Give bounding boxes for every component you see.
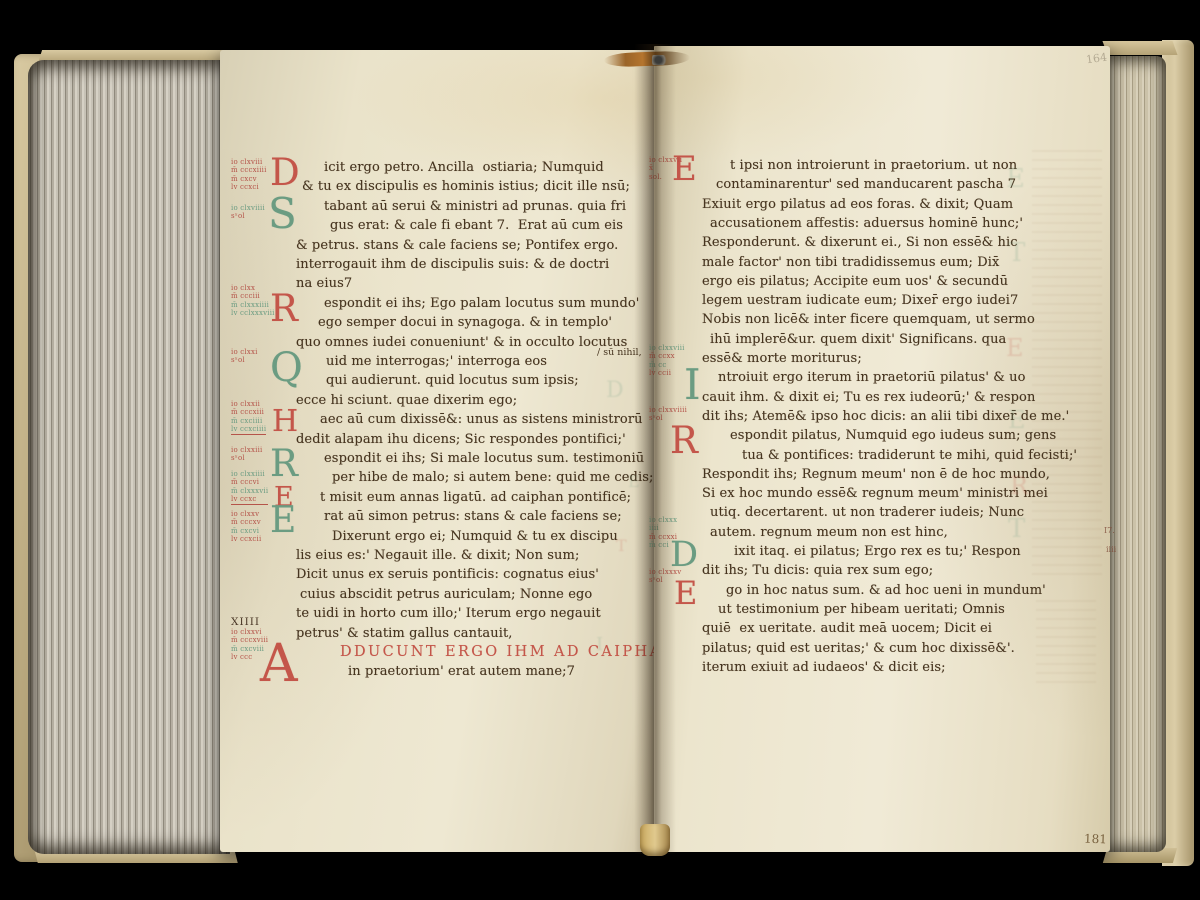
margin-reference: sˣol: [231, 454, 262, 462]
margin-reference: io clxxiii: [231, 446, 262, 454]
text-line: lis eius es:' Negauit ille. & dixit; Non…: [296, 546, 579, 565]
margin-canon-references: io clxxiiisˣol: [231, 446, 262, 463]
text-line: rat aū simon petrus: stans & cale facien…: [324, 507, 622, 526]
text-line: contaminarentur' sed manducarent pascha …: [716, 175, 1016, 194]
text-line: ergo eis pilatus; Accipite eum uos' & se…: [702, 272, 1008, 291]
show-through-letter: T: [1008, 516, 1025, 542]
text-line: espondit ei ihs; Si male locutus sum. te…: [324, 449, 644, 468]
drop-cap-initial: S: [268, 195, 297, 233]
text-line: Si ex hoc mundo essē& regnum meum' minis…: [702, 484, 1048, 503]
margin-reference: lv ccxc: [231, 495, 268, 504]
margin-canon-references: io clxxisˣol: [231, 348, 258, 365]
margin-reference: m̄ ccxxi: [649, 533, 677, 541]
text-line: cuius abscidit petrus auriculam; Nonne e…: [300, 585, 592, 604]
margin-reference: m̄ cxciiii: [231, 417, 266, 425]
drop-cap-initial: R: [270, 447, 298, 480]
text-line: tua & pontifices: tradiderunt te mihi, q…: [742, 446, 1077, 465]
text-line: quo omnes iudei conueniunt' & in occulto…: [296, 333, 627, 352]
text-line: legem uestram iudicate eum; Dixer̄ ergo …: [702, 291, 1018, 310]
margin-reference: m̄ cccvi: [231, 478, 268, 486]
text-line: ixit itaq. ei pilatus; Ergo rex es tu;' …: [734, 542, 1021, 561]
text-line: petrus' & statim gallus cantauit,: [296, 624, 513, 643]
text-line: Exiuit ergo pilatus ad eos foras. & dixi…: [702, 195, 1013, 214]
margin-canon-references: io clxviiiisˣol: [231, 204, 265, 221]
margin-reference: m̄ ccxx: [649, 352, 685, 360]
margin-reference: io clxxv: [231, 510, 261, 518]
margin-reference: m̄ clxxxiiii: [231, 301, 275, 309]
text-line: Nobis non licē& inter ficere quemquam, u…: [702, 310, 1035, 329]
quire-mark: I7.: [1104, 526, 1115, 535]
text-line: autem. regnum meum non est hinc,: [710, 523, 948, 542]
show-through-letter: E: [628, 474, 640, 490]
text-line: ego semper docui in synagoga. & in templ…: [318, 313, 612, 332]
margin-canon-references: io clxxm̄ ccciiim̄ clxxxiiiilv cclxxxvii…: [231, 284, 275, 318]
show-through-letter: E: [1006, 166, 1025, 192]
folio-number-ink: 181: [1084, 832, 1107, 847]
text-line: dedit alapam ihu dicens; Sic respondes p…: [296, 430, 626, 449]
margin-canon-references: XIIIIio clxxvim̄ cccxviiim̄ cxcviiilv cc…: [231, 616, 268, 662]
margin-reference: XIIII: [231, 616, 268, 628]
margin-reference: lv ccc: [231, 653, 268, 661]
margin-reference: m̄ cccxiiii: [231, 166, 267, 174]
text-line: t misit eum annas ligatū. ad caiphan pon…: [320, 488, 631, 507]
text-line: essē& morte moriturus;: [702, 349, 862, 368]
margin-reference: m̄ ccciii: [231, 292, 275, 300]
drop-cap-initial: Q: [270, 350, 303, 386]
margin-reference: m̄ cxcviii: [231, 645, 268, 653]
margin-canon-references: io clxxiim̄ cccxiiim̄ cxciiiilv ccxciiii: [231, 400, 266, 435]
text-line: in praetorium' erat autem mane;7: [348, 662, 575, 681]
text-line: per hibe de malo; si autem bene: quid me…: [332, 468, 657, 487]
spine-sewing-bottom: [640, 824, 670, 856]
text-line: ut testimonium per hibeam ueritati; Omni…: [718, 600, 1005, 619]
text-line: gus erat: & cale fi ebant 7. Erat aū cum…: [330, 216, 623, 235]
margin-reference: lv ccxcii: [231, 535, 261, 543]
show-through-letter: R: [1010, 474, 1028, 498]
text-line: ihū implerē&ur. quem dixit' Significans.…: [710, 330, 1006, 349]
spine-stitch-knot: [652, 55, 668, 65]
margin-reference: io clxxii: [231, 400, 266, 408]
drop-cap-initial: D: [270, 156, 300, 189]
text-line: aec aū cum dixissē&: unus as sistens min…: [320, 410, 643, 429]
text-line: male factor' non tibi tradidissemus eum;…: [702, 253, 999, 272]
margin-reference: io clxxviii: [649, 344, 685, 352]
text-line: DDUCUNT ERGO IHM AD CAIPHAN: [340, 643, 678, 662]
margin-canon-references: io clxxviiim̄ ccxxm̄ cclv ccii: [649, 344, 685, 378]
show-through-letter: T: [1008, 240, 1025, 266]
manuscript-photograph: icit ergo petro. Ancilla ostiaria; Numqu…: [0, 0, 1200, 900]
margin-reference: sˣol: [231, 212, 265, 220]
margin-reference: io clxviiii: [231, 204, 265, 212]
margin-reference: io clxxvi: [231, 628, 268, 636]
margin-reference: lv cclxxxviii: [231, 309, 275, 317]
margin-canon-references: io clxxviix̄sol.: [649, 156, 682, 181]
margin-reference: io clxxviiii: [649, 406, 687, 414]
text-line: cauit ihm. & dixit ei; Tu es rex iudeorū…: [702, 388, 1035, 407]
margin-reference: sˣol: [649, 576, 681, 584]
margin-reference: sol.: [649, 173, 682, 181]
margin-reference: m̄ cccxv: [231, 518, 261, 526]
margin-canon-references: io clxviiim̄ cccxiiiim̄ cxcvlv ccxci: [231, 158, 267, 192]
text-line: te uidi in horto cum illo;' Iterum ergo …: [296, 604, 601, 623]
show-through-letter: I: [596, 636, 603, 654]
text-line: accusationem affestis: aduersus hominē h…: [710, 214, 1023, 233]
text-line: Dicit unus ex seruis pontificis: cognatu…: [296, 565, 599, 584]
text-line: quiē ex ueritate. audit meā uocem; Dicit…: [702, 619, 992, 638]
book-cover-top-right-edge: [1102, 41, 1177, 55]
margin-reference: sˣol: [649, 414, 687, 422]
margin-reference: m̄ cccxviii: [231, 636, 268, 644]
show-through-letter: E: [1006, 336, 1024, 360]
margin-reference: io clxxxv: [649, 568, 681, 576]
margin-canon-references: io clxxviiiisˣol: [649, 406, 687, 423]
margin-reference: io clxxx: [649, 516, 677, 524]
show-through-letter: T: [616, 538, 627, 554]
margin-reference: m̄ cxcvi: [231, 527, 261, 535]
margin-reference: m̄ clxxxvii: [231, 487, 268, 495]
text-line: uid me interrogas;' interroga eos: [326, 352, 547, 371]
text-line: na eius7: [296, 274, 352, 293]
text-line: Responderunt. & dixerunt ei., Si non ess…: [702, 233, 1018, 252]
show-through-letter: E: [1008, 408, 1026, 432]
text-line: utiq. decertarent. ut non traderer iudei…: [710, 503, 1024, 522]
margin-reference: m̄ cxcv: [231, 175, 267, 183]
text-line: & petrus. stans & cale faciens se; Ponti…: [296, 236, 618, 255]
margin-reference: io clxxvii: [649, 156, 682, 164]
margin-canon-references: io clxxvm̄ cccxvm̄ cxcvilv ccxcii: [231, 510, 261, 544]
text-line: t ipsi non introierunt in praetorium. ut…: [730, 156, 1017, 175]
margin-reference: m̄ cci: [649, 541, 677, 549]
text-line: qui audierunt. quid locutus sum ipsis;: [326, 371, 579, 390]
text-line: espondit ei ihs; Ego palam locutus sum m…: [324, 294, 639, 313]
left-page: icit ergo petro. Ancilla ostiaria; Numqu…: [220, 50, 656, 852]
margin-reference: lv ccxciiii: [231, 425, 266, 434]
drop-cap-initial: R: [670, 424, 698, 457]
margin-reference: lv ccii: [649, 369, 685, 377]
text-line: iterum exiuit ad iudaeos' & dicit eis;: [702, 658, 946, 677]
text-line: Dixerunt ergo ei; Numquid & tu ex discip…: [332, 527, 618, 546]
interlinear-correction-note: / sū nihil,: [597, 347, 642, 358]
margin-reference: io clxviii: [231, 158, 267, 166]
drop-cap-initial: E: [270, 505, 296, 537]
text-line: tabant aū serui & ministri ad prunas. qu…: [324, 197, 626, 216]
margin-canon-references: io clxxxiiiim̄ ccxxim̄ cci: [649, 516, 677, 550]
left-page-block-edges: [28, 60, 230, 854]
margin-canon-references: io clxxxvsˣol: [649, 568, 681, 585]
text-line: pilatus; quid est ueritas;' & cum hoc di…: [702, 639, 1015, 658]
margin-reference: iiii: [649, 524, 677, 532]
text-line: go in hoc natus sum. & ad hoc ueni in mu…: [726, 581, 1046, 600]
margin-reference: io clxxiiii: [231, 470, 268, 478]
right-page-block-edges: [1106, 56, 1166, 852]
drop-cap-initial: H: [272, 408, 298, 435]
margin-canon-references: io clxxiiiim̄ cccvim̄ clxxxviilv ccxc: [231, 470, 268, 505]
book-cover-right: [1162, 40, 1194, 866]
drop-cap-initial: I: [684, 366, 701, 404]
margin-reference: io clxx: [231, 284, 275, 292]
margin-reference: lv ccxci: [231, 183, 267, 191]
text-line: dit ihs; Tu dicis: quia rex sum ego;: [702, 561, 933, 580]
margin-reference: io clxxi: [231, 348, 258, 356]
show-through-letter: D: [606, 380, 624, 402]
right-page: t ipsi non introierunt in praetorium. ut…: [654, 46, 1110, 852]
margin-reference: x̄: [649, 164, 682, 172]
text-line: ntroiuit ergo iterum in praetoriū pilatu…: [718, 368, 1026, 387]
margin-reference: m̄ cc: [649, 361, 685, 369]
quire-mark: iiii: [1106, 545, 1116, 554]
text-line: Respondit ihs; Regnum meum' non ē de hoc…: [702, 465, 1050, 484]
text-line: interrogauit ihm de discipulis suis: & d…: [296, 255, 609, 274]
text-line: icit ergo petro. Ancilla ostiaria; Numqu…: [324, 158, 604, 177]
margin-reference: m̄ cccxiii: [231, 408, 266, 416]
text-line: ecce hi sciunt. quae dixerim ego;: [296, 391, 517, 410]
margin-reference: sˣol: [231, 356, 258, 364]
text-line: & tu ex discipulis es hominis istius; di…: [302, 177, 630, 196]
